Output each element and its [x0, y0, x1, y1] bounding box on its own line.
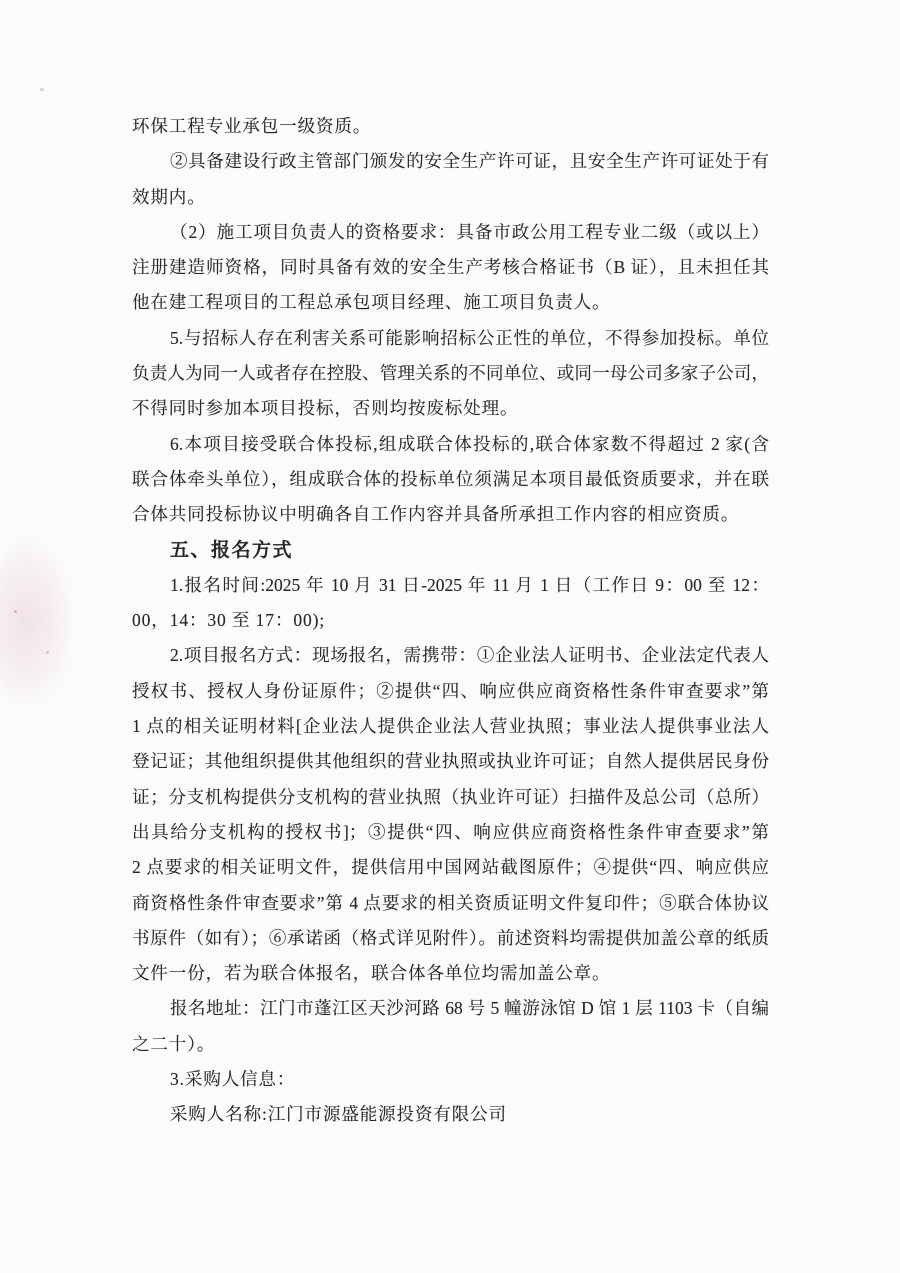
- text-line: 合体共同投标协议中明确各自工作内容并具备所承担工作内容的相应资质。: [132, 497, 769, 532]
- stain-artifact: [0, 538, 74, 706]
- section-heading: 五、报名方式: [132, 533, 769, 568]
- speck-artifact: [40, 88, 44, 91]
- text-line: 商资格性条件审查要求”第 4 点要求的相关资质证明文件复印件；⑤联合体协议: [132, 886, 769, 921]
- text-line: 环保工程专业承包一级资质。: [132, 109, 769, 144]
- text-line: 联合体牵头单位），组成联合体的投标单位须满足本项目最低资质要求，并在联: [132, 462, 769, 497]
- text-line: 书原件（如有）；⑥承诺函（格式详见附件）。前述资料均需提供加盖公章的纸质: [132, 921, 769, 956]
- text-line: 授权书、授权人身份证原件；②提供“四、响应供应商资格性条件审查要求”第: [132, 674, 769, 709]
- text-line: 不得同时参加本项目投标，否则均按废标处理。: [132, 391, 769, 426]
- text-line: （2）施工项目负责人的资格要求：具备市政公用工程专业二级（或以上）: [132, 215, 769, 250]
- text-line: 负责人为同一人或者存在控股、管理关系的不同单位、或同一母公司多家子公司，: [132, 356, 769, 391]
- text-line: 6.本项目接受联合体投标,组成联合体投标的,联合体家数不得超过 2 家(含: [132, 427, 769, 462]
- text-line: ②具备建设行政主管部门颁发的安全生产许可证，且安全生产许可证处于有: [132, 144, 769, 179]
- text-line: 之二十）。: [132, 1027, 769, 1062]
- text-line: 2 点要求的相关证明文件，提供信用中国网站截图原件；④提供“四、响应供应: [132, 850, 769, 885]
- text-line: 出具给分支机构的授权书]；③提供“四、响应供应商资格性条件审查要求”第: [132, 815, 769, 850]
- page-background: 环保工程专业承包一级资质。②具备建设行政主管部门颁发的安全生产许可证，且安全生产…: [0, 0, 900, 1273]
- text-line: 注册建造师资格，同时具备有效的安全生产考核合格证书（B 证），且未担任其: [132, 250, 769, 285]
- scanned-page: { "page": { "background_color": "#fbfbfa…: [0, 0, 900, 1273]
- speck-artifact: [46, 651, 49, 654]
- text-line: 登记证；其他组织提供其他组织的营业执照或执业许可证；自然人提供居民身份: [132, 744, 769, 779]
- document-body: 环保工程专业承包一级资质。②具备建设行政主管部门颁发的安全生产许可证，且安全生产…: [132, 109, 769, 1133]
- text-line: 采购人名称:江门市源盛能源投资有限公司: [132, 1097, 769, 1132]
- text-line: 1.报名时间:2025 年 10 月 31 日-2025 年 11 月 1 日（…: [132, 568, 769, 603]
- text-line: 他在建工程项目的工程总承包项目经理、施工项目负责人。: [132, 285, 769, 320]
- text-line: 3.采购人信息：: [132, 1062, 769, 1097]
- text-line: 2.项目报名方式：现场报名，需携带：①企业法人证明书、企业法定代表人: [132, 638, 769, 673]
- text-line: 5.与招标人存在利害关系可能影响招标公正性的单位，不得参加投标。单位: [132, 321, 769, 356]
- speck-artifact: [14, 610, 17, 613]
- text-line: 证；分支机构提供分支机构的营业执照（执业许可证）扫描件及总公司（总所）: [132, 780, 769, 815]
- text-line: 00，14：30 至 17：00);: [132, 603, 769, 638]
- text-line: 1 点的相关证明材料[企业法人提供企业法人营业执照；事业法人提供事业法人: [132, 709, 769, 744]
- text-line: 报名地址：江门市蓬江区天沙河路 68 号 5 幢游泳馆 D 馆 1 层 1103…: [132, 991, 769, 1026]
- text-line: 文件一份，若为联合体报名，联合体各单位均需加盖公章。: [132, 956, 769, 991]
- text-line: 效期内。: [132, 180, 769, 215]
